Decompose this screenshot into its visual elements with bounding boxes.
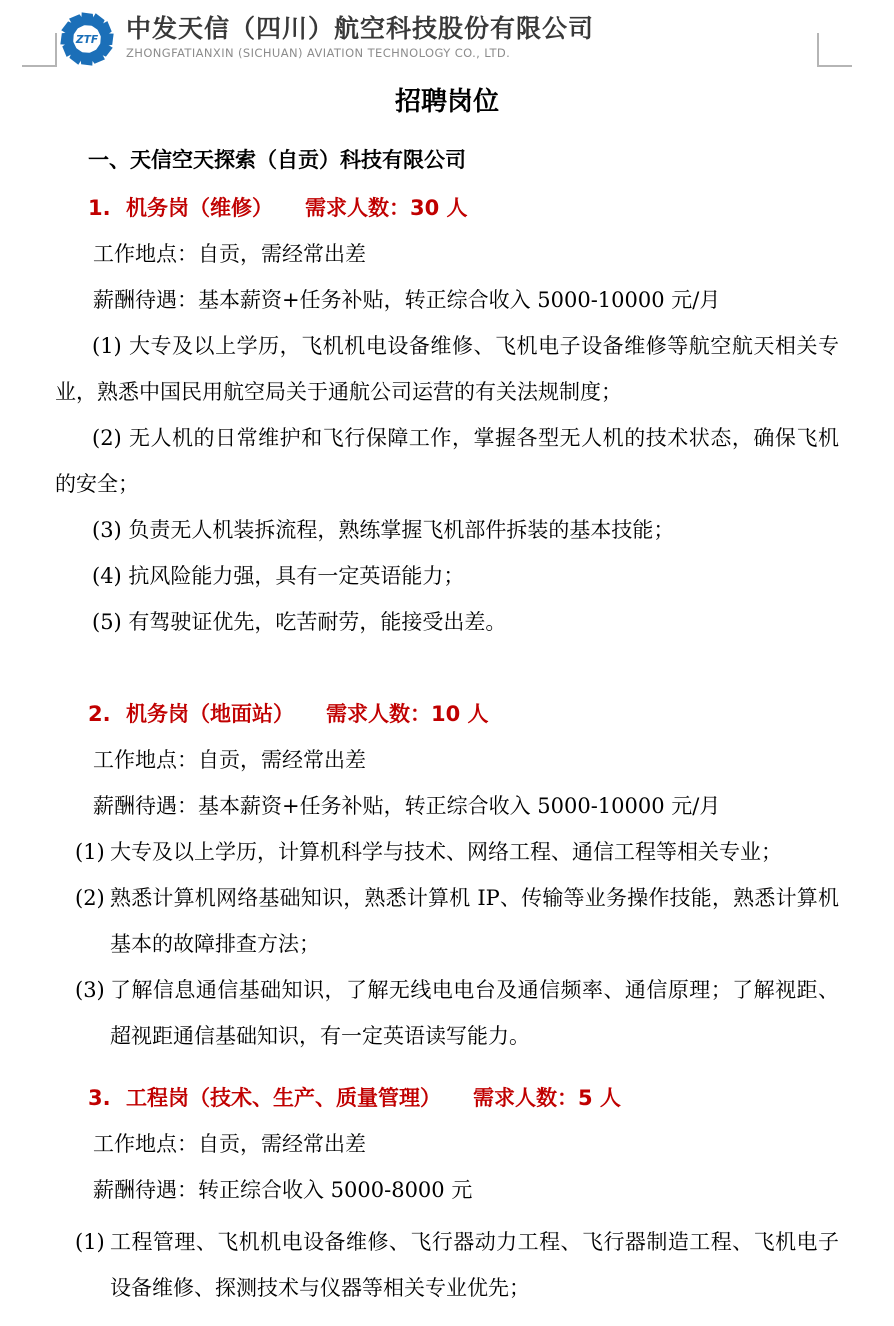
job-3-location: 工作地点：自贡，需经常出差 bbox=[55, 1121, 839, 1167]
list-marker: (2) bbox=[75, 875, 105, 921]
job-3-number: 3. bbox=[88, 1085, 126, 1111]
job-2-requirement-1: (1) 大专及以上学历，计算机科学与技术、网络工程、通信工程等相关专业； bbox=[55, 829, 839, 875]
document-title: 招聘岗位 bbox=[55, 88, 839, 116]
job-1-requirement-2: (2) 无人机的日常维护和飞行保障工作，掌握各型无人机的技术状态，确保飞机的安全… bbox=[55, 415, 839, 507]
job-3-heading: 3.工程岗（技术、生产、质量管理）需求人数：5 人 bbox=[55, 1085, 839, 1111]
job-1-requirement-4: (4) 抗风险能力强，具有一定英语能力； bbox=[55, 553, 839, 599]
job-3-headcount: 需求人数：5 人 bbox=[473, 1086, 621, 1110]
job-3-title: 工程岗（技术、生产、质量管理） bbox=[126, 1086, 441, 1110]
job-section-2: 2.机务岗（地面站）需求人数：10 人 工作地点：自贡，需经常出差 薪酬待遇：基… bbox=[55, 701, 839, 1059]
company-logo: ZTF bbox=[56, 8, 118, 70]
job-section-3: 3.工程岗（技术、生产、质量管理）需求人数：5 人 工作地点：自贡，需经常出差 … bbox=[55, 1085, 839, 1311]
job-1-heading: 1.机务岗（维修）需求人数：30 人 bbox=[55, 195, 839, 221]
company-name-cn: 中发天信（四川）航空科技股份有限公司 bbox=[126, 15, 594, 43]
job-section-1: 1.机务岗（维修）需求人数：30 人 工作地点：自贡，需经常出差 薪酬待遇：基本… bbox=[55, 195, 839, 645]
job-1-requirement-1: (1) 大专及以上学历，飞机机电设备维修、飞机电子设备维修等航空航天相关专业，熟… bbox=[55, 323, 839, 415]
section-heading: 一、天信空天探索（自贡）科技有限公司 bbox=[55, 147, 839, 173]
job-2-title: 机务岗（地面站） bbox=[126, 702, 294, 726]
job-1-requirement-5: (5) 有驾驶证优先，吃苦耐劳，能接受出差。 bbox=[55, 599, 839, 645]
company-name-en: ZHONGFATIANXIN (SICHUAN) AVIATION TECHNO… bbox=[126, 46, 594, 60]
job-2-location: 工作地点：自贡，需经常出差 bbox=[55, 737, 839, 783]
job-1-requirement-3: (3) 负责无人机装拆流程，熟练掌握飞机部件拆装的基本技能； bbox=[55, 507, 839, 553]
job-2-requirement-3: (3) 了解信息通信基础知识，了解无线电电台及通信频率、通信原理；了解视距、超视… bbox=[55, 967, 839, 1059]
job-3-salary: 薪酬待遇：转正综合收入 5000-8000 元 bbox=[55, 1167, 839, 1213]
job-1-salary: 薪酬待遇：基本薪资+任务补贴，转正综合收入 5000-10000 元/月 bbox=[55, 277, 839, 323]
document-content: 招聘岗位 一、天信空天探索（自贡）科技有限公司 1.机务岗（维修）需求人数：30… bbox=[55, 88, 839, 1311]
job-2-headcount: 需求人数：10 人 bbox=[326, 702, 489, 726]
list-marker: (1) bbox=[75, 1219, 105, 1265]
company-names: 中发天信（四川）航空科技股份有限公司 ZHONGFATIANXIN (SICHU… bbox=[126, 15, 594, 60]
job-1-headcount: 需求人数：30 人 bbox=[305, 196, 468, 220]
logo-text: ZTF bbox=[75, 33, 99, 46]
job-1-title: 机务岗（维修） bbox=[126, 196, 273, 220]
job-2-number: 2. bbox=[88, 701, 126, 727]
job-1-number: 1. bbox=[88, 195, 126, 221]
list-marker: (1) bbox=[75, 829, 105, 875]
header-corner-mark-right bbox=[817, 33, 852, 67]
requirement-text: 工程管理、飞机机电设备维修、飞行器动力工程、飞行器制造工程、飞机电子设备维修、探… bbox=[110, 1230, 839, 1300]
job-2-heading: 2.机务岗（地面站）需求人数：10 人 bbox=[55, 701, 839, 727]
requirement-text: 大专及以上学历，计算机科学与技术、网络工程、通信工程等相关专业； bbox=[110, 840, 782, 864]
header-corner-mark-left bbox=[22, 33, 57, 67]
job-3-requirement-1: (1) 工程管理、飞机机电设备维修、飞行器动力工程、飞行器制造工程、飞机电子设备… bbox=[55, 1219, 839, 1311]
document-page: ZTF 中发天信（四川）航空科技股份有限公司 ZHONGFATIANXIN (S… bbox=[0, 0, 894, 1326]
turbine-fan-icon: ZTF bbox=[56, 8, 118, 70]
list-marker: (3) bbox=[75, 967, 105, 1013]
requirement-text: 了解信息通信基础知识，了解无线电电台及通信频率、通信原理；了解视距、超视距通信基… bbox=[110, 978, 839, 1048]
requirement-text: 熟悉计算机网络基础知识，熟悉计算机 IP、传输等业务操作技能，熟悉计算机基本的故… bbox=[110, 886, 839, 956]
job-2-salary: 薪酬待遇：基本薪资+任务补贴，转正综合收入 5000-10000 元/月 bbox=[55, 783, 839, 829]
job-2-requirement-2: (2) 熟悉计算机网络基础知识，熟悉计算机 IP、传输等业务操作技能，熟悉计算机… bbox=[55, 875, 839, 967]
job-1-location: 工作地点：自贡，需经常出差 bbox=[55, 231, 839, 277]
letterhead: ZTF 中发天信（四川）航空科技股份有限公司 ZHONGFATIANXIN (S… bbox=[0, 0, 894, 80]
